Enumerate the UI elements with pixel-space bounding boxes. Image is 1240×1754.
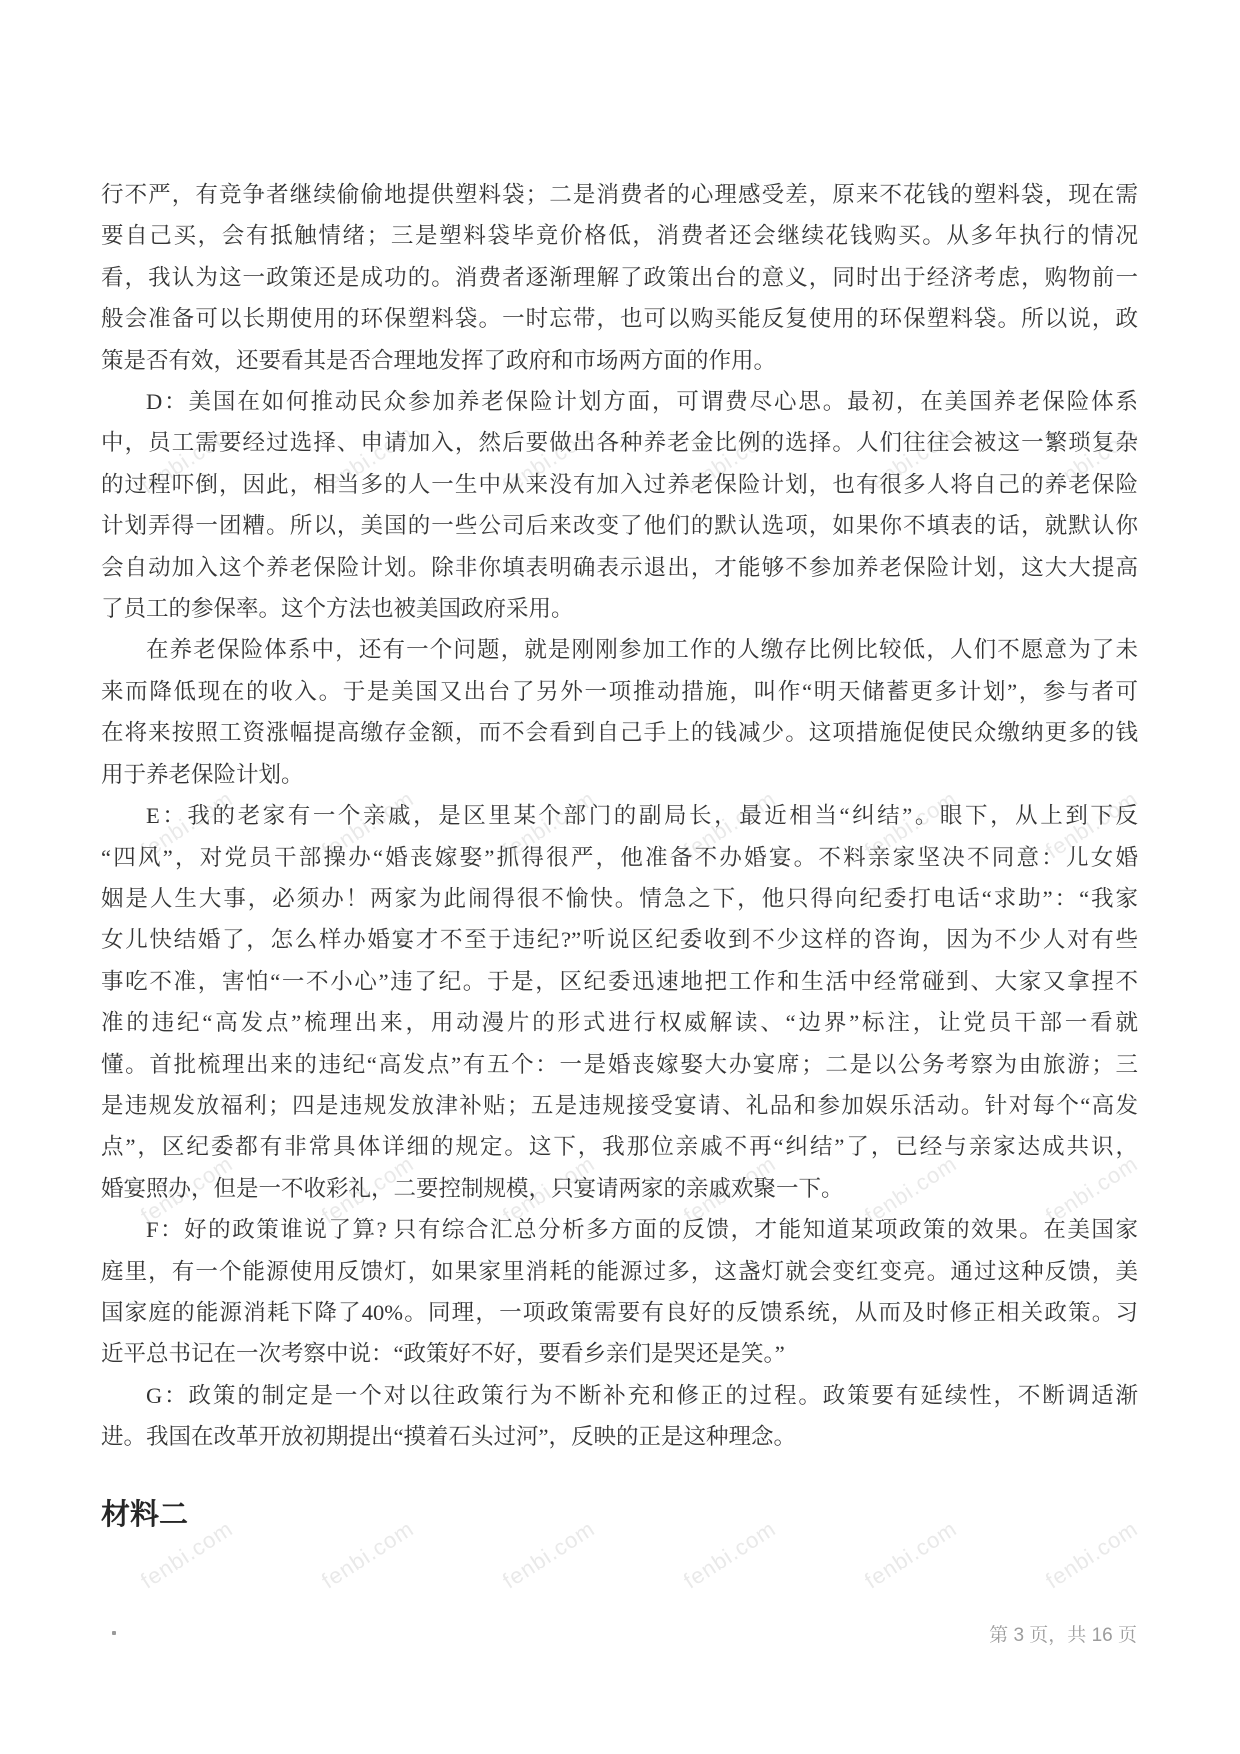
- text-line: 般会准备可以长期使用的环保塑料袋。一时忘带，也可以购买能反复使用的环保塑料袋。所…: [101, 298, 1138, 339]
- watermark-text: fenbi.com: [498, 1516, 600, 1595]
- text-line: 女儿快结婚了，怎么样办婚宴才不至于违纪?”听说区纪委收到不少这样的咨询，因为不少…: [101, 919, 1138, 960]
- text-line: D：美国在如何推动民众参加养老保险计划方面，可谓费尽心思。最初，在美国养老保险体…: [101, 381, 1138, 422]
- text-line: 看，我认为这一政策还是成功的。消费者逐渐理解了政策出台的意义，同时出于经济考虑，…: [101, 257, 1138, 298]
- text-line: 用于养老保险计划。: [101, 754, 1138, 795]
- text-line: 是违规发放福利；四是违规发放津补贴；五是违规接受宴请、礼品和参加娱乐活动。针对每…: [101, 1085, 1138, 1126]
- watermark-text: fenbi.com: [679, 1516, 781, 1595]
- text-line: 来而降低现在的收入。于是美国又出台了另外一项推动措施，叫作“明天储蓄更多计划”，…: [101, 671, 1138, 712]
- page-corner-dot: [112, 1631, 116, 1635]
- document-page: fenbi.comfenbi.comfenbi.comfenbi.comfenb…: [0, 0, 1240, 1754]
- text-line: 行不严，有竞争者继续偷偷地提供塑料袋；二是消费者的心理感受差，原来不花钱的塑料袋…: [101, 174, 1138, 215]
- text-line: 了员工的参保率。这个方法也被美国政府采用。: [101, 588, 1138, 629]
- text-line: 近平总书记在一次考察中说：“政策好不好，要看乡亲们是哭还是笑。”: [101, 1333, 1138, 1374]
- watermark-text: fenbi.com: [860, 1516, 962, 1595]
- text-line: E：我的老家有一个亲戚，是区里某个部门的副局长，最近相当“纠结”。眼下，从上到下…: [101, 795, 1138, 836]
- text-line: 在养老保险体系中，还有一个问题，就是刚刚参加工作的人缴存比例比较低，人们不愿意为…: [101, 629, 1138, 670]
- text-line: 计划弄得一团糟。所以，美国的一些公司后来改变了他们的默认选项，如果你不填表的话，…: [101, 505, 1138, 546]
- text-line: 国家庭的能源消耗下降了40%。同理，一项政策需要有良好的反馈系统，从而及时修正相…: [101, 1292, 1138, 1333]
- text-line: 进。我国在改革开放初期提出“摸着石头过河”，反映的正是这种理念。: [101, 1416, 1138, 1457]
- text-line: “四风”，对党员干部操办“婚丧嫁娶”抓得很严，他准备不办婚宴。不料亲家坚决不同意…: [101, 837, 1138, 878]
- text-line: 策是否有效，还要看其是否合理地发挥了政府和市场两方面的作用。: [101, 340, 1138, 381]
- text-line: 点”，区纪委都有非常具体详细的规定。这下，我那位亲戚不再“纠结”了，已经与亲家达…: [101, 1126, 1138, 1167]
- text-line: 婚宴照办，但是一不收彩礼，二要控制规模，只宴请两家的亲戚欢聚一下。: [101, 1168, 1138, 1209]
- text-line: 中，员工需要经过选择、申请加入，然后要做出各种养老金比例的选择。人们往往会被这一…: [101, 422, 1138, 463]
- text-line: 事吃不准，害怕“一不小心”违了纪。于是，区纪委迅速地把工作和生活中经常碰到、大家…: [101, 961, 1138, 1002]
- page-number-indicator: 第 3 页，共 16 页: [989, 1620, 1137, 1647]
- text-line: F：好的政策谁说了算? 只有综合汇总分析多方面的反馈，才能知道某项政策的效果。在…: [101, 1209, 1138, 1250]
- text-line: 庭里，有一个能源使用反馈灯，如果家里消耗的能源过多，这盏灯就会变红变亮。通过这种…: [101, 1251, 1138, 1292]
- text-line: 姻是人生大事，必须办！两家为此闹得很不愉快。情急之下，他只得向纪委打电话“求助”…: [101, 878, 1138, 919]
- text-line: 会自动加入这个养老保险计划。除非你填表明确表示退出，才能够不参加养老保险计划，这…: [101, 547, 1138, 588]
- text-line: G：政策的制定是一个对以往政策行为不断补充和修正的过程。政策要有延续性，不断调适…: [101, 1375, 1138, 1416]
- watermark-text: fenbi.com: [1041, 1516, 1143, 1595]
- watermark-text: fenbi.com: [317, 1516, 419, 1595]
- text-line: 懂。首批梳理出来的违纪“高发点”有五个：一是婚丧嫁娶大办宴席；二是以公务考察为由…: [101, 1044, 1138, 1085]
- text-line: 要自己买，会有抵触情绪；三是塑料袋毕竟价格低，消费者还会继续花钱购买。从多年执行…: [101, 215, 1138, 256]
- section-heading-material-2: 材料二: [101, 1492, 188, 1533]
- text-line: 准的违纪“高发点”梳理出来，用动漫片的形式进行权威解读、“边界”标注，让党员干部…: [101, 1002, 1138, 1043]
- document-body: 行不严，有竞争者继续偷偷地提供塑料袋；二是消费者的心理感受差，原来不花钱的塑料袋…: [101, 174, 1138, 1458]
- text-line: 的过程吓倒，因此，相当多的人一生中从来没有加入过养老保险计划，也有很多人将自己的…: [101, 464, 1138, 505]
- text-line: 在将来按照工资涨幅提高缴存金额，而不会看到自己手上的钱减少。这项措施促使民众缴纳…: [101, 712, 1138, 753]
